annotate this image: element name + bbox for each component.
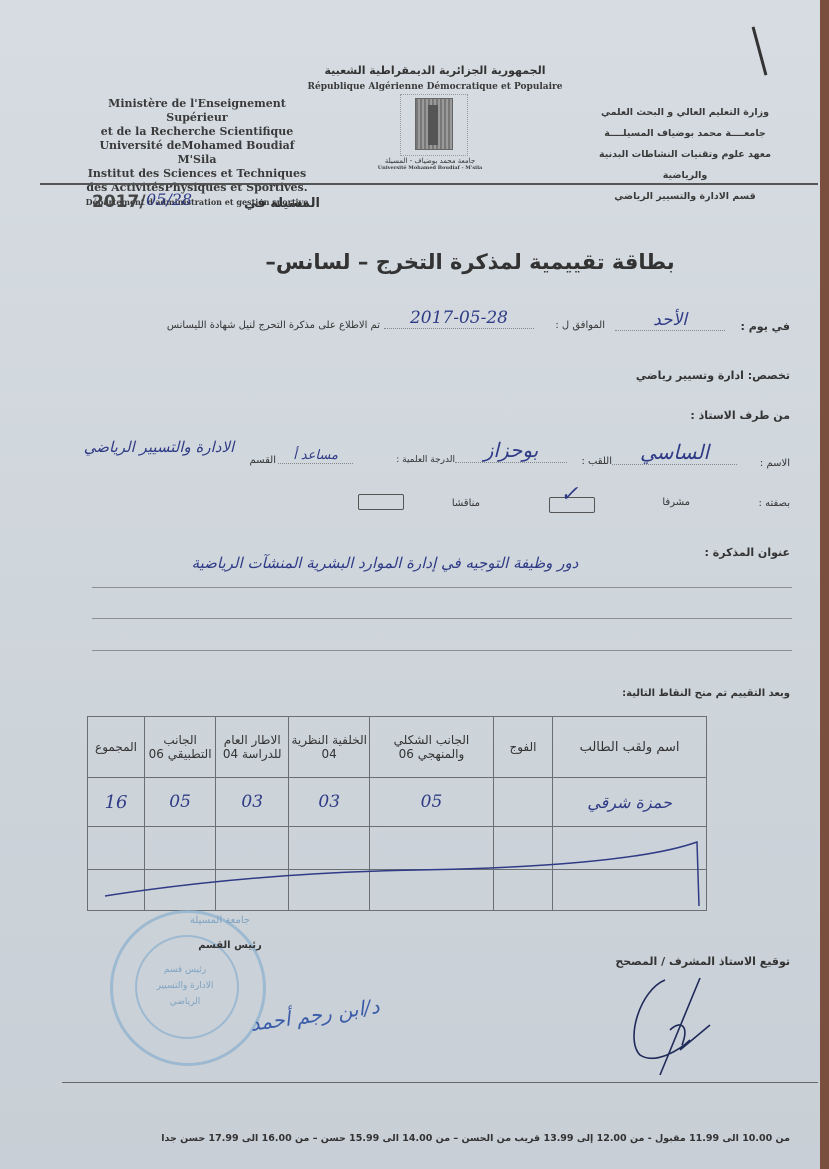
stamp-line: الرياضي [145, 994, 225, 1010]
cell-group [493, 778, 552, 827]
date-year: 2017/ [92, 192, 146, 212]
header-line: جامعــــة محمد بوضياف المسيلــــة [580, 123, 790, 144]
page-title: بطاقة تقييمية لمذكرة التخرج – لسانس– [260, 250, 680, 274]
logo-caption-ar: جامعة محمد بوضياف - المسيلة [370, 157, 490, 165]
page-edge [820, 0, 829, 1169]
signature-icon [620, 970, 730, 1080]
thesis-line-1 [92, 587, 792, 588]
thesis-title-label: عنوان المذكرة : [680, 546, 790, 559]
dept-label: القسم [238, 455, 276, 466]
header-line: et de la Recherche Scientifique [82, 125, 312, 139]
cell-framework: 03 [216, 778, 289, 827]
header-form-method: الجانب الشكلي والمنهجي 06 [370, 717, 494, 778]
name-value: الساسي [612, 440, 737, 465]
rank-value: مساعد أ [278, 448, 353, 464]
strike-line-icon [87, 830, 707, 910]
cell-student-name: حمزة شرقي [553, 778, 707, 827]
header-line: معهد علوم وتقنيات النشاطات البدنية والري… [580, 144, 790, 186]
grading-scale-footer: من 10.00 الى 11.99 مقبول - من 12.00 إلى … [90, 1128, 790, 1150]
cell-theory: 03 [289, 778, 370, 827]
header-line: قسم الادارة والتسيير الرياضي [580, 186, 790, 207]
grades-intro: وبعد التقييم تم منح النقاط التالية: [560, 688, 790, 699]
cell-practical: 05 [145, 778, 216, 827]
check-mark-icon: ✓ [560, 482, 578, 507]
header-right-ar: وزارة التعليم العالي و البحث العلمي جامع… [580, 102, 790, 207]
header-divider [40, 183, 818, 185]
head-of-department-label: رئيس القسم [190, 940, 270, 951]
supervisor-signature-label: توقيع الاستاذ المشرف / المصحح [560, 955, 790, 968]
specialty: تخصص: ادارة وتسيير رياضي [540, 369, 790, 382]
header-center-fr: République Algérienne Démocratique et Po… [300, 80, 570, 94]
date-handwritten: 05/28 [146, 190, 192, 209]
date-label: المسيلة في [210, 196, 320, 211]
header-theory: الخلفية النظرية 04 [289, 717, 370, 778]
rank-label: الدرجة العلمية : [355, 455, 455, 465]
dept-value: الادارة والتسيير الرياضي [80, 438, 238, 456]
corresponding-date: 2017-05-28 [384, 308, 534, 329]
header-student-name: اسم ولقب الطالب [553, 717, 707, 778]
logo-caption-fr: Université Mohamed Boudiaf - M'sila [370, 165, 490, 172]
examiner-checkbox[interactable] [358, 494, 404, 510]
stamp-line: رئيس قسم [145, 962, 225, 978]
header-total: المجموع [88, 717, 145, 778]
capacity-label: بصفته : [740, 498, 790, 509]
stamp-text: رئيس قسم الادارة والتسيير الرياضي [145, 962, 225, 1010]
header-group: الفوج [493, 717, 552, 778]
table-row: حمزة شرقي 05 03 03 05 16 [88, 778, 707, 827]
day-label: في يوم : [730, 320, 790, 333]
cell-form-method: 05 [370, 778, 494, 827]
footer-divider [62, 1082, 818, 1083]
header-practical: الجانب التطبيقي 06 [145, 717, 216, 778]
day-value: الأحد [615, 310, 725, 331]
logo-frame [400, 94, 468, 156]
surname-label: اللقب : [570, 456, 612, 467]
corresponding-label: الموافق ل : [535, 320, 605, 331]
review-statement: تم الاطلاع على مذكرة التحرج لنيل شهادة ا… [100, 320, 380, 331]
stamp-ring-text: جامعة المسيلة [160, 915, 280, 926]
professor-label: من طرف الاستاذ : [620, 409, 790, 422]
supervisor-label: مشرفا [640, 497, 690, 508]
header-center-ar: الجمهورية الجزائرية الديمقراطية الشعبية [300, 64, 570, 77]
examiner-label: مناقشا [440, 498, 480, 509]
stamp-line: الادارة والتسيير [145, 978, 225, 994]
header-line: Ministère de l'Enseignement Supérieur [82, 97, 312, 125]
table-header-row: اسم ولقب الطالب الفوج الجانب الشكلي والم… [88, 717, 707, 778]
cell-total: 16 [88, 778, 145, 827]
thesis-line-3 [92, 650, 792, 651]
header-line: وزارة التعليم العالي و البحث العلمي [580, 102, 790, 123]
header-line: Université deMohamed Boudiaf M'Sila [82, 139, 312, 167]
surname-value: بوحزاز [455, 438, 567, 463]
header-line: Institut des Sciences et Techniques [82, 167, 312, 181]
thesis-line-2 [92, 618, 792, 619]
header-framework: الاطار العام للدراسة 04 [216, 717, 289, 778]
name-label: الاسم : [740, 458, 790, 469]
thesis-title-value: دور وظيفة التوجيه في إدارة الموارد البشر… [100, 554, 670, 572]
